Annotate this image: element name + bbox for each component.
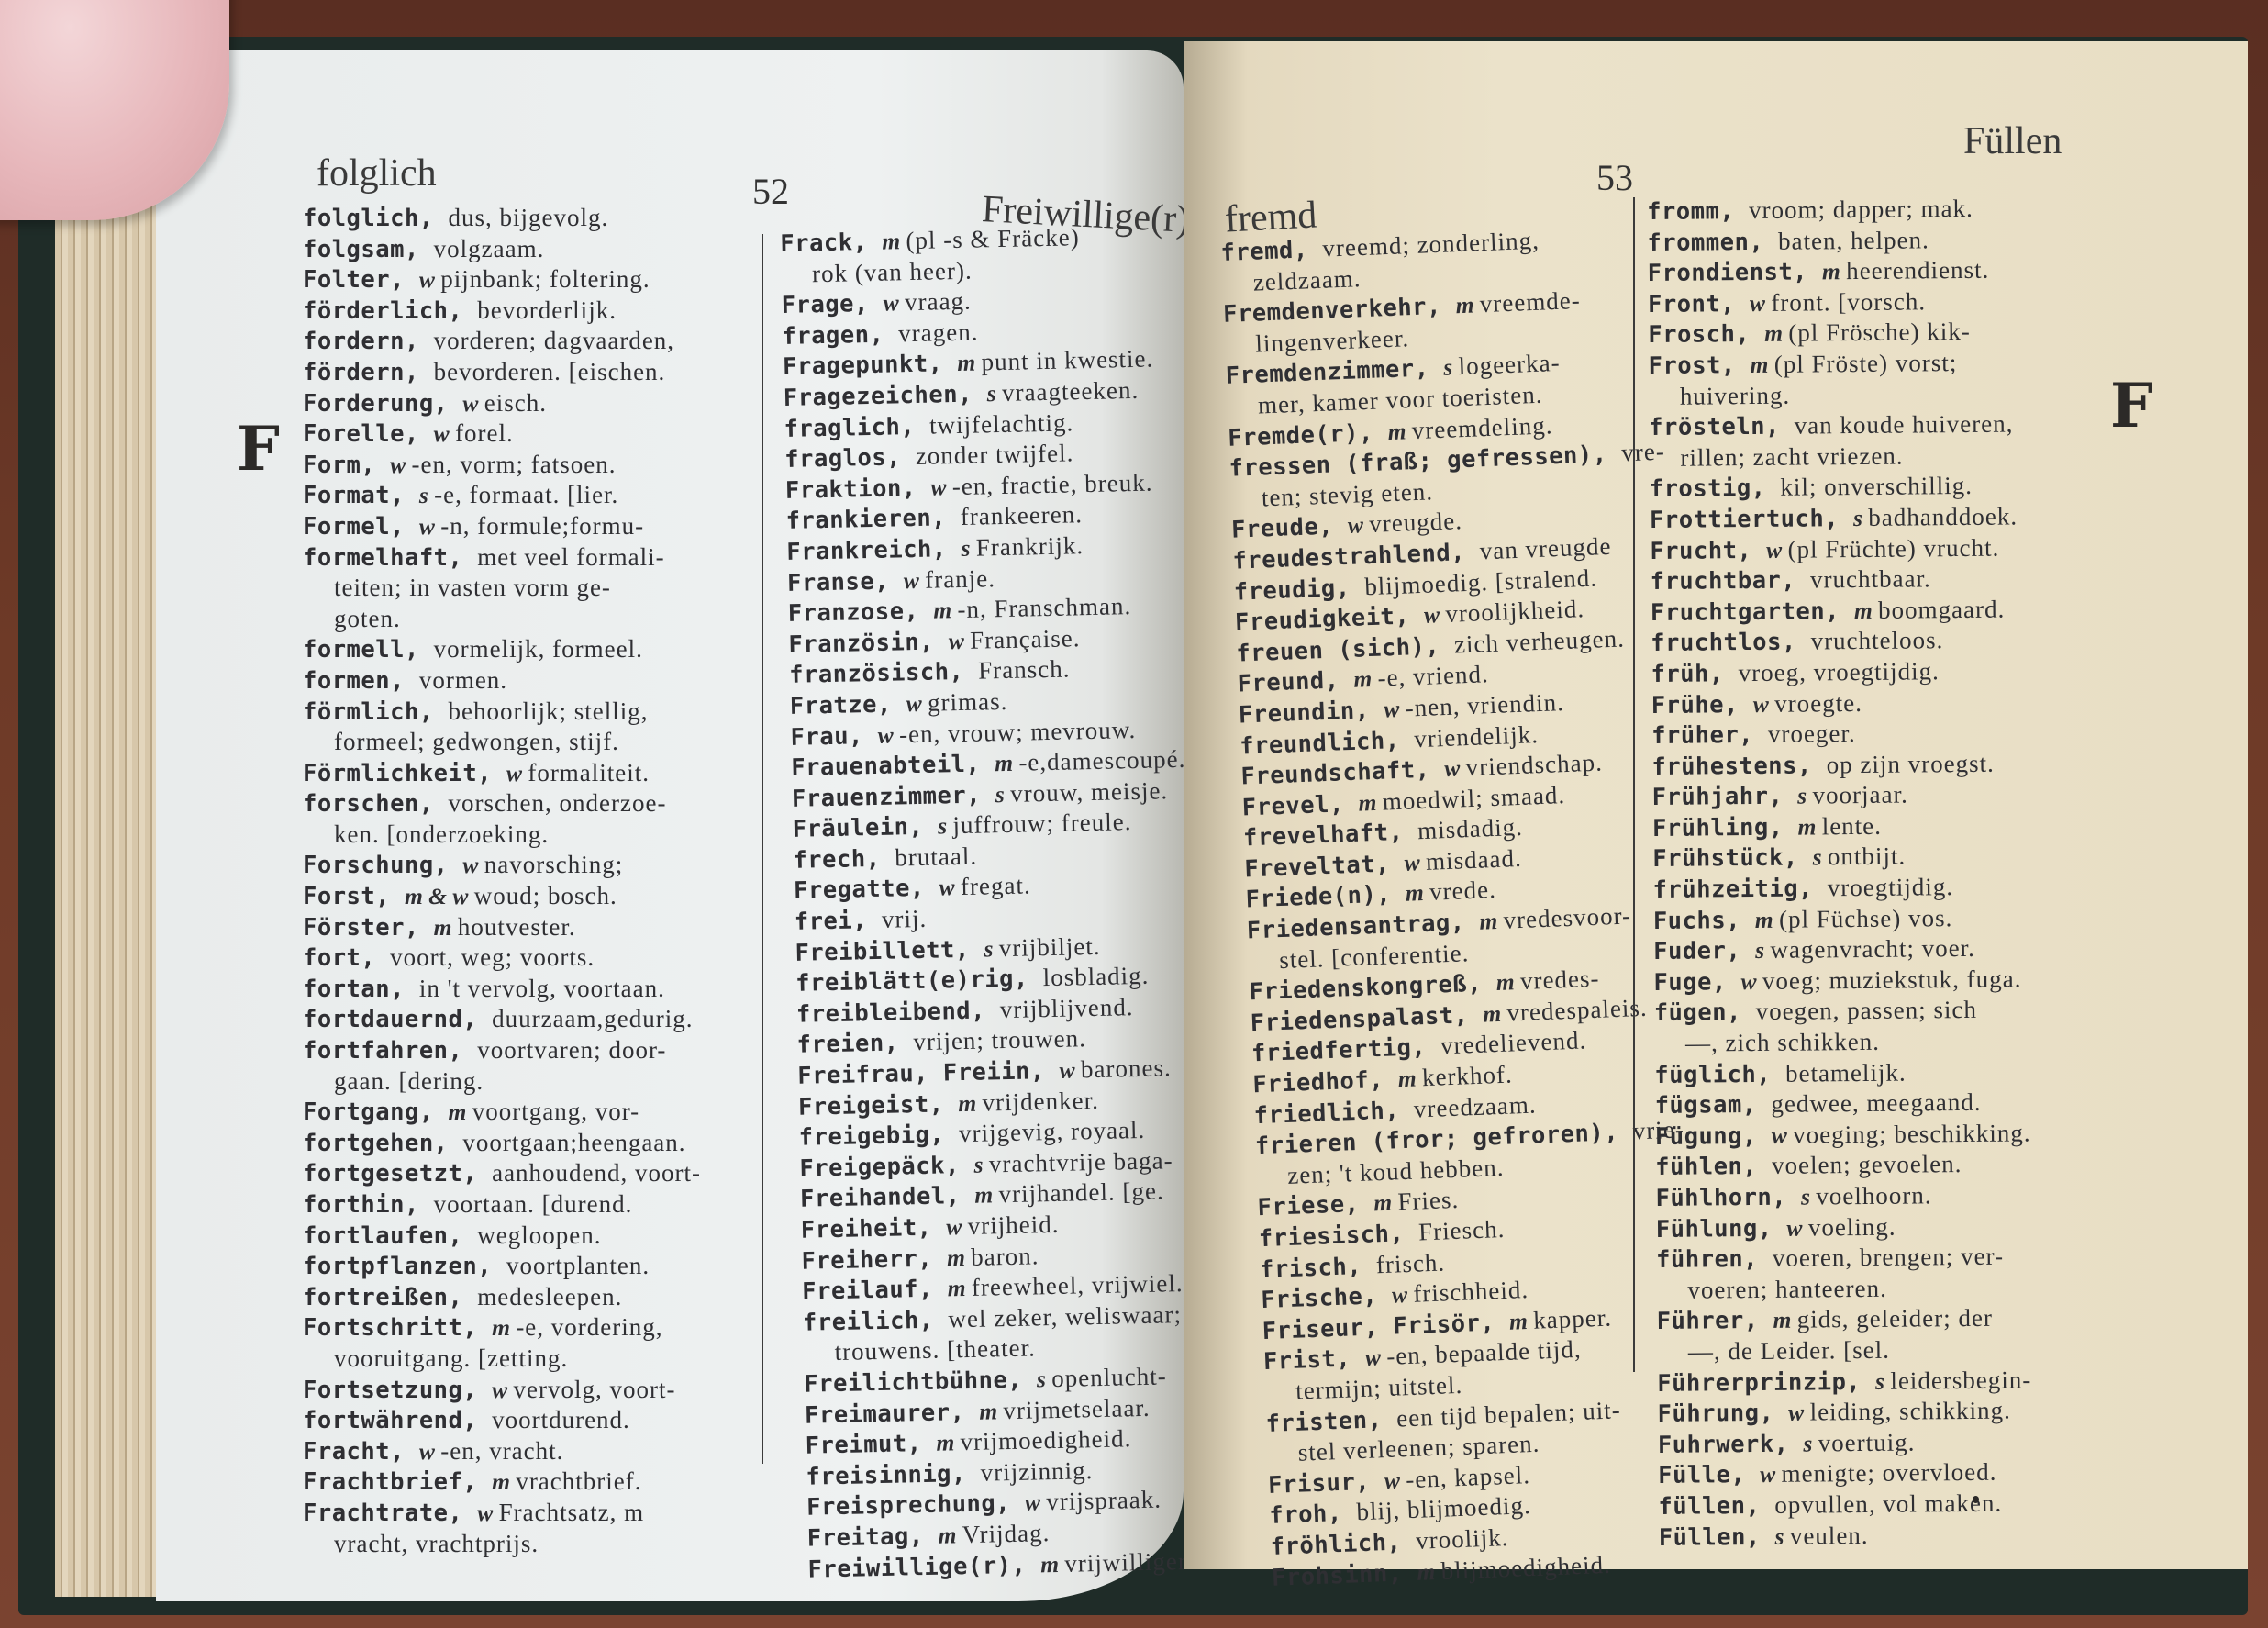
dictionary-entry: Forderung, w eisch.: [303, 389, 743, 420]
translation: lingenverkeer.: [1255, 324, 1410, 357]
dictionary-entry: Fühlhorn, s voelhoorn.: [1655, 1179, 2132, 1214]
dictionary-column-1: fremd, vreemd; zonderling, zeldzaam. Fre…: [1220, 222, 1703, 1594]
translation: -e, formaat. [lier.: [434, 481, 618, 508]
grammar-label: s: [961, 535, 976, 562]
translation: leiding, schikking.: [1809, 1397, 2010, 1426]
headword: fühlen,: [1655, 1153, 1772, 1181]
headword: Fragepunkt,: [783, 350, 958, 381]
translation: (pl Frösche) kik-: [1788, 318, 1971, 347]
dictionary-entry: Fuder, s wagenvracht; voer.: [1653, 933, 2130, 968]
translation: vredelievend.: [1440, 1027, 1586, 1060]
translation: vrij.: [882, 905, 928, 933]
dictionary-entry: forthin, voortaan. [durend.: [303, 1190, 743, 1221]
grammar-label: m: [1387, 418, 1412, 445]
dictionary-entry: Frachtbrief, m vrachtbrief.: [303, 1467, 743, 1499]
translation: in 't vervolg, voortaan.: [419, 975, 665, 1002]
left-page[interactable]: folglich 52 Freiwillige(r) F folglich, d…: [156, 50, 1184, 1601]
translation: -en, fractie, breuk.: [952, 468, 1153, 500]
headword: fraglos,: [784, 443, 916, 474]
headword: formen,: [303, 667, 419, 695]
headword: Frisur,: [1268, 1467, 1385, 1500]
headword: formell,: [303, 636, 434, 663]
headword: Format,: [303, 482, 419, 509]
translation: badhanddoek.: [1868, 502, 2018, 530]
grammar-label: m: [492, 1468, 516, 1495]
translation: voelen; gevoelen.: [1772, 1150, 1962, 1179]
translation: voortaan. [durend.: [434, 1190, 633, 1218]
headword: Freimaurer,: [805, 1398, 980, 1429]
translation: vrijmetselaar.: [1003, 1393, 1151, 1423]
translation: vroolijk.: [1416, 1523, 1509, 1555]
headword: Füllen,: [1659, 1522, 1775, 1551]
dictionary-entry: Führung, w leiding, schikking.: [1657, 1396, 2134, 1431]
translation: vreugde.: [1369, 507, 1463, 538]
translation: vreemde-: [1479, 286, 1581, 318]
translation: van vreugde: [1479, 532, 1612, 564]
entry-continuation: vooruitgang. [zetting.: [303, 1344, 743, 1376]
dictionary-entry: Frondienst, m heerendienst.: [1648, 255, 2125, 290]
dictionary-entry: fruchtbar, vruchtbaar.: [1651, 563, 2128, 598]
translation: vormen.: [419, 666, 507, 694]
headword: freibleibend,: [796, 997, 1001, 1029]
headword: Formel,: [303, 513, 419, 541]
headword: Fracht,: [303, 1438, 419, 1466]
grammar-label: w: [1391, 1281, 1413, 1309]
headword: Fragezeichen,: [784, 380, 988, 412]
dictionary-entry: früher, vroeger.: [1651, 718, 2129, 753]
translation: wel zeker, weliswaar;: [948, 1300, 1182, 1333]
grammar-label: m: [958, 1089, 983, 1117]
headword: frösteln,: [1649, 413, 1795, 441]
entry-continuation: gaan. [dering.: [303, 1067, 743, 1098]
headword: Franse,: [787, 567, 904, 597]
headword: fragen,: [782, 320, 898, 351]
dictionary-entry: forschen, vorschen, onderzoe-: [303, 789, 743, 820]
dictionary-entry: förderlich, bevorderlijk.: [303, 296, 743, 328]
headword: fortlaufen,: [303, 1222, 477, 1250]
headword: früher,: [1651, 721, 1768, 750]
grammar-label: s: [1774, 1522, 1790, 1549]
translation: navorsching;: [484, 851, 623, 878]
translation: (pl Früchte) vrucht.: [1787, 533, 1999, 563]
translation: vrijbiljet.: [999, 932, 1101, 962]
grammar-label: w: [1772, 1121, 1794, 1148]
entry-continuation: vracht, vrachtprijs.: [303, 1530, 743, 1561]
grammar-label: w: [1384, 1466, 1406, 1494]
translation: boomgaard.: [1878, 595, 2005, 623]
translation: vroolijkheid.: [1445, 595, 1585, 628]
grammar-label: m: [434, 914, 458, 941]
translation: (pl -s & Fräcke): [906, 223, 1080, 254]
translation: bevorderen. [eischen.: [434, 358, 666, 385]
headword: Fügung,: [1655, 1122, 1772, 1151]
dictionary-entry: Forelle, w forel.: [303, 419, 743, 451]
translation: frischheid.: [1413, 1276, 1529, 1308]
translation: huivering.: [1680, 381, 1790, 409]
headword: Fraktion,: [785, 474, 931, 504]
headword: fügen,: [1654, 998, 1756, 1027]
grammar-label: m: [1479, 908, 1504, 935]
headword: Frankreich,: [786, 535, 962, 566]
grammar-label: m: [1373, 1189, 1398, 1217]
headword: Frühling,: [1652, 813, 1798, 842]
translation: -nen, vriendin.: [1405, 688, 1564, 722]
dictionary-entry: füllen, opvullen, vol maken.: [1658, 1488, 2135, 1522]
translation: opvullen, vol maken.: [1774, 1489, 2002, 1519]
grammar-label: w: [477, 1500, 498, 1526]
translation: vredesvoor-: [1503, 901, 1631, 933]
headword: frevelhaft,: [1243, 819, 1418, 853]
grammar-label: m: [1455, 291, 1480, 318]
translation: vroom; dapper; mak.: [1749, 195, 1973, 224]
headword: Freiherr,: [801, 1244, 947, 1275]
headword: Führung,: [1657, 1399, 1788, 1428]
translation: houtvester.: [458, 913, 576, 941]
grammar-label: w: [946, 1213, 968, 1240]
headword: Friede(n),: [1245, 880, 1406, 914]
translation: franje.: [925, 564, 995, 594]
column-rule: [762, 234, 763, 1464]
translation: voeling.: [1808, 1212, 1896, 1241]
grammar-label: m: [1405, 879, 1429, 907]
right-page[interactable]: fremd 53 Füllen F fremd, vreemd; zonderl…: [1184, 41, 2248, 1569]
headword: folgsam,: [303, 236, 434, 263]
dictionary-entry: Frühling, m lente.: [1652, 809, 2129, 844]
grammar-label: m: [1483, 999, 1507, 1027]
translation: grimas.: [928, 687, 1008, 717]
grammar-label: w: [1444, 754, 1466, 782]
dictionary-entry: folgsam, volgzaam.: [303, 235, 743, 266]
dictionary-entry: fortgehen, voortgaan;heengaan.: [303, 1129, 743, 1160]
translation: blij, blijmoedig.: [1356, 1491, 1531, 1525]
dictionary-entry: fruchtlos, vruchteloos.: [1651, 625, 2128, 660]
grammar-label: w: [419, 1438, 440, 1465]
headword: förmlich,: [303, 698, 449, 726]
dictionary-entry: Frost, m (pl Fröste) vorst;: [1648, 347, 2125, 382]
translation: -e, vordering,: [516, 1313, 662, 1341]
grammar-label: m: [1495, 968, 1520, 996]
translation: voeg; muziekstuk, fuga.: [1762, 965, 2022, 994]
headword: Förster,: [303, 914, 434, 942]
dictionary-entry: Front, w front. [vorsch.: [1648, 285, 2125, 320]
translation: vreemdeling.: [1411, 411, 1553, 444]
translation: (pl Fröste) vorst;: [1774, 349, 1958, 378]
headword: freisinnig,: [806, 1459, 981, 1490]
translation: openlucht-: [1051, 1362, 1167, 1392]
dictionary-entry: Frühstück, s ontbijt.: [1652, 841, 2129, 875]
headword: Frachtrate,: [303, 1500, 477, 1527]
translation: voegen, passen; sich: [1756, 996, 1977, 1025]
grammar-label: w: [419, 513, 440, 540]
headword: früh,: [1651, 660, 1738, 688]
entry-continuation: —, de Leider. [sel.: [1657, 1333, 2134, 1368]
headword: Fülle,: [1658, 1461, 1760, 1489]
headword: Freundin,: [1238, 696, 1384, 729]
dictionary-entry: fort, voort, weg; voorts.: [303, 943, 743, 975]
grammar-label: w: [904, 566, 926, 593]
grammar-label: s: [938, 812, 953, 839]
headword: fraglich,: [784, 412, 929, 442]
translation: trouwens. [theater.: [834, 1334, 1036, 1366]
dictionary-entry: Formel, w -n, formule;formu-: [303, 512, 743, 543]
dictionary-entry: frühzeitig, vroegtijdig.: [1652, 871, 2129, 906]
grammar-label: m: [1764, 320, 1788, 347]
translation: rok (van heer).: [812, 256, 973, 287]
translation: vooruitgang. [zetting.: [334, 1344, 568, 1372]
grammar-label: m: [1755, 906, 1779, 932]
dictionary-entry: Frühjahr, s voorjaar.: [1652, 779, 2129, 814]
translation: vrijdenker.: [982, 1087, 1099, 1117]
translation: kerkhof.: [1421, 1060, 1513, 1091]
headword: fortdauernd,: [303, 1006, 492, 1033]
translation: veulen.: [1790, 1521, 1869, 1549]
headword: Fuchs,: [1653, 907, 1755, 935]
translation: baron.: [971, 1242, 1039, 1271]
dictionary-entry: Fruchtgarten, m boomgaard.: [1651, 594, 2128, 629]
grammar-label: m: [1417, 1557, 1441, 1585]
headword: Freude,: [1231, 512, 1349, 544]
headword: forschen,: [303, 790, 449, 818]
headword: fortpflanzen,: [303, 1253, 506, 1280]
dictionary-entry: Förster, m houtvester.: [303, 913, 743, 944]
translation: vredes-: [1519, 965, 1600, 995]
entry-continuation: formeel; gedwongen, stijf.: [303, 728, 743, 759]
translation: betamelijk.: [1785, 1058, 1907, 1087]
headword: Frühe,: [1651, 691, 1753, 719]
grammar-label: s: [984, 935, 999, 962]
translation: vredespaleis.: [1506, 994, 1648, 1027]
grammar-label: w: [883, 289, 905, 316]
dictionary-entry: Frucht, w (pl Früchte) vrucht.: [1650, 532, 2127, 567]
grammar-label: w: [930, 474, 952, 500]
running-head-right: Füllen: [1963, 119, 2062, 163]
headword: Frost,: [1648, 351, 1750, 380]
translation: wegloopen.: [477, 1221, 601, 1249]
headword: Freundschaft,: [1240, 755, 1445, 790]
grammar-label: w: [1753, 690, 1775, 717]
dictionary-entry: Fuge, w voeg; muziekstuk, fuga.: [1653, 964, 2130, 998]
grammar-label: w: [1750, 290, 1772, 317]
headword: fort,: [303, 944, 390, 972]
grammar-label: m: [995, 750, 1019, 777]
dictionary-entry: früh, vroeg, vroegtijdig.: [1651, 655, 2128, 690]
translation: goten.: [334, 605, 401, 632]
dictionary-entry: frommen, baten, helpen.: [1647, 224, 2124, 259]
headword: Freifrau, Freiin,: [797, 1057, 1060, 1090]
translation: vriendschap.: [1465, 749, 1603, 782]
grammar-label: s: [1853, 505, 1869, 531]
translation: vrijblijvend.: [999, 993, 1133, 1023]
translation: rillen; zacht vriezen.: [1680, 441, 1903, 471]
grammar-label: w: [1766, 536, 1788, 563]
headword: Freihandel,: [800, 1182, 975, 1213]
translation: vroeg, vroegtijdig.: [1739, 657, 1940, 686]
grammar-label: s: [1037, 1366, 1052, 1392]
dictionary-entry: Frottiertuch, s badhanddoek.: [1650, 501, 2127, 536]
headword: Forderung,: [303, 390, 462, 418]
dictionary-entry: Frühe, w vroegte.: [1651, 686, 2129, 721]
dictionary-entry: fördern, bevorderen. [eischen.: [303, 358, 743, 389]
headword: Fuder,: [1653, 937, 1755, 965]
translation: vorschen, onderzoe-: [449, 789, 667, 817]
translation: -en, vorm; fatsoen.: [412, 451, 617, 478]
headword: Folter,: [303, 266, 419, 294]
translation: vrijwilliger.: [1064, 1546, 1193, 1577]
translation: vrijhandel. [ge.: [998, 1177, 1164, 1209]
running-head-left: folglich: [317, 151, 437, 195]
translation: medesleepen.: [477, 1283, 622, 1310]
grammar-label: s: [995, 781, 1011, 808]
headword: füllen,: [1658, 1492, 1774, 1521]
headword: fromm,: [1647, 197, 1749, 226]
translation: behoorlijk; stellig,: [449, 697, 649, 725]
headword: friedfertig,: [1251, 1033, 1441, 1068]
translation: menigte; overvloed.: [1781, 1458, 1996, 1488]
translation: vriendelijk.: [1414, 720, 1540, 753]
dictionary-column-2: fromm, vroom; dapper; mak. frommen, bate…: [1647, 193, 2136, 1554]
headword: Fortschritt,: [303, 1314, 492, 1342]
translation: vrijen; trouwen.: [913, 1025, 1086, 1056]
headword: fügsam,: [1655, 1091, 1772, 1120]
translation: vrouw, meisje.: [1010, 776, 1169, 808]
translation: misdadig.: [1417, 813, 1524, 844]
grammar-label: w: [939, 875, 961, 901]
headword: Frohsinn,: [1271, 1558, 1417, 1591]
translation: vrachtbrief.: [516, 1467, 641, 1495]
translation: -en, vrouw; mevrouw.: [899, 715, 1137, 747]
headword: fördern,: [303, 359, 434, 386]
dictionary-entry: Forschung, w navorsching;: [303, 851, 743, 882]
grammar-label: w: [1347, 511, 1369, 539]
dictionary-entry: Führerprinzip, s leidersbegin-: [1657, 1365, 2134, 1399]
grammar-label: m: [933, 597, 958, 624]
headword: Frist,: [1262, 1344, 1365, 1376]
grammar-label: w: [906, 690, 928, 717]
translation: voeren, brengen; ver-: [1773, 1243, 2004, 1272]
grammar-label: w: [1423, 601, 1445, 629]
translation: losbladig.: [1042, 962, 1149, 991]
headword: fortgehen,: [303, 1130, 462, 1157]
headword: fremd,: [1220, 236, 1323, 267]
headword: fruchtbar,: [1651, 567, 1811, 597]
translation: teiten; in vasten vorm ge-: [334, 574, 611, 601]
grammar-label: w: [1760, 1461, 1782, 1488]
headword: Freilauf,: [802, 1276, 948, 1306]
entry-continuation: huivering.: [1649, 378, 2126, 413]
dictionary-entry: fortwährend, voortdurend.: [303, 1406, 743, 1437]
headword: freigebig,: [798, 1121, 959, 1152]
dictionary-entry: Fügung, w voeging; beschikking.: [1655, 1118, 2132, 1153]
headword: Friedhof,: [1252, 1065, 1399, 1098]
translation: duurzaam,gedurig.: [492, 1005, 693, 1032]
headword: Freilichtbühne,: [804, 1366, 1037, 1398]
headword: Fruchtgarten,: [1651, 597, 1854, 627]
headword: Freigeist,: [798, 1090, 959, 1121]
grammar-label: m: [938, 1522, 962, 1549]
headword: frühzeitig,: [1652, 875, 1827, 904]
translation: gids, geleider; der: [1797, 1304, 1993, 1333]
headword: Fratze,: [790, 690, 906, 720]
translation: vroegte.: [1774, 688, 1862, 717]
dictionary-entry: Folter, w pijnbank; foltering.: [303, 265, 743, 296]
dictionary-entry: Format, s -e, formaat. [lier.: [303, 481, 743, 512]
headword: Front,: [1648, 290, 1750, 318]
translation: vreemd; zonderling,: [1322, 227, 1540, 262]
dictionary-entry: Fühlung, w voeling.: [1656, 1210, 2133, 1245]
translation: ten; stevig eten.: [1261, 477, 1433, 511]
translation: termijn; uitstel.: [1295, 1371, 1463, 1405]
translation: lente.: [1822, 812, 1882, 841]
dictionary-entry: Fracht, w -en, vracht.: [303, 1437, 743, 1468]
dictionary-entry: fortpflanzen, voortplanten.: [303, 1252, 743, 1283]
page-edges: [55, 156, 165, 1597]
headword: frisch,: [1260, 1252, 1377, 1284]
translation: Française.: [970, 624, 1081, 654]
grammar-label: m: [1358, 788, 1383, 816]
dictionary-entry: förmlich, behoorlijk; stellig,: [303, 697, 743, 729]
translation: vroeger.: [1768, 719, 1856, 748]
translation: formeel; gedwongen, stijf.: [334, 728, 619, 755]
translation: zich verheugen.: [1453, 624, 1625, 658]
headword: Forst,: [303, 883, 405, 910]
headword: freiblätt(e)rig,: [795, 965, 1043, 998]
grammar-label: m: [974, 1182, 999, 1210]
translation: voortgaan;heengaan.: [462, 1129, 685, 1156]
grammar-label: w: [390, 452, 411, 478]
headword: fortgesetzt,: [303, 1160, 492, 1188]
grammar-label: w: [1025, 1489, 1047, 1516]
headword: führen,: [1656, 1245, 1773, 1274]
dictionary-entry: fortgesetzt, aanhoudend, voort-: [303, 1159, 743, 1190]
grammar-label: m: [1797, 813, 1821, 840]
grammar-label: w: [492, 1377, 513, 1403]
translation: vrijzinnig.: [980, 1456, 1093, 1487]
headword: formelhaft,: [303, 544, 477, 572]
grammar-label: m: [492, 1314, 516, 1341]
translation: frankeeren.: [961, 501, 1084, 531]
translation: logeerka-: [1458, 349, 1561, 380]
translation: vrijspraak.: [1046, 1486, 1162, 1516]
translation: vragen.: [898, 318, 979, 347]
headword: fristen,: [1265, 1405, 1397, 1437]
headword: Fortsetzung,: [303, 1377, 492, 1404]
grammar-label: s: [1443, 354, 1459, 382]
translation: -en, vracht.: [440, 1437, 563, 1465]
entry-continuation: rillen; zacht vriezen.: [1649, 440, 2126, 474]
translation: volgzaam.: [434, 235, 545, 262]
translation: gaan. [dering.: [334, 1067, 484, 1095]
grammar-label: s: [419, 482, 434, 508]
dictionary-entry: fortfahren, voortvaren; door-: [303, 1036, 743, 1067]
translation: twijfelachtig.: [929, 408, 1074, 439]
translation: voortplanten.: [506, 1252, 650, 1279]
headword: Forschung,: [303, 852, 462, 879]
headword: forthin,: [303, 1191, 434, 1219]
dictionary-entry: Fuhrwerk, s voertuig.: [1658, 1426, 2135, 1461]
headword: Forelle,: [303, 420, 434, 448]
headword: Form,: [303, 452, 390, 479]
translation: Frankrijk.: [976, 531, 1084, 561]
entry-continuation: teiten; in vasten vorm ge-: [303, 574, 743, 605]
headword: Fuge,: [1653, 968, 1740, 997]
translation: -n, Franschman.: [957, 592, 1131, 623]
grammar-label: w: [877, 721, 899, 748]
headword: Frosch,: [1648, 320, 1764, 349]
headword: Fuhrwerk,: [1658, 1430, 1804, 1458]
headword: fortreißen,: [303, 1284, 477, 1311]
headword: fröhlich,: [1270, 1528, 1417, 1561]
dictionary-entry: fortlaufen, wegloopen.: [303, 1221, 743, 1253]
